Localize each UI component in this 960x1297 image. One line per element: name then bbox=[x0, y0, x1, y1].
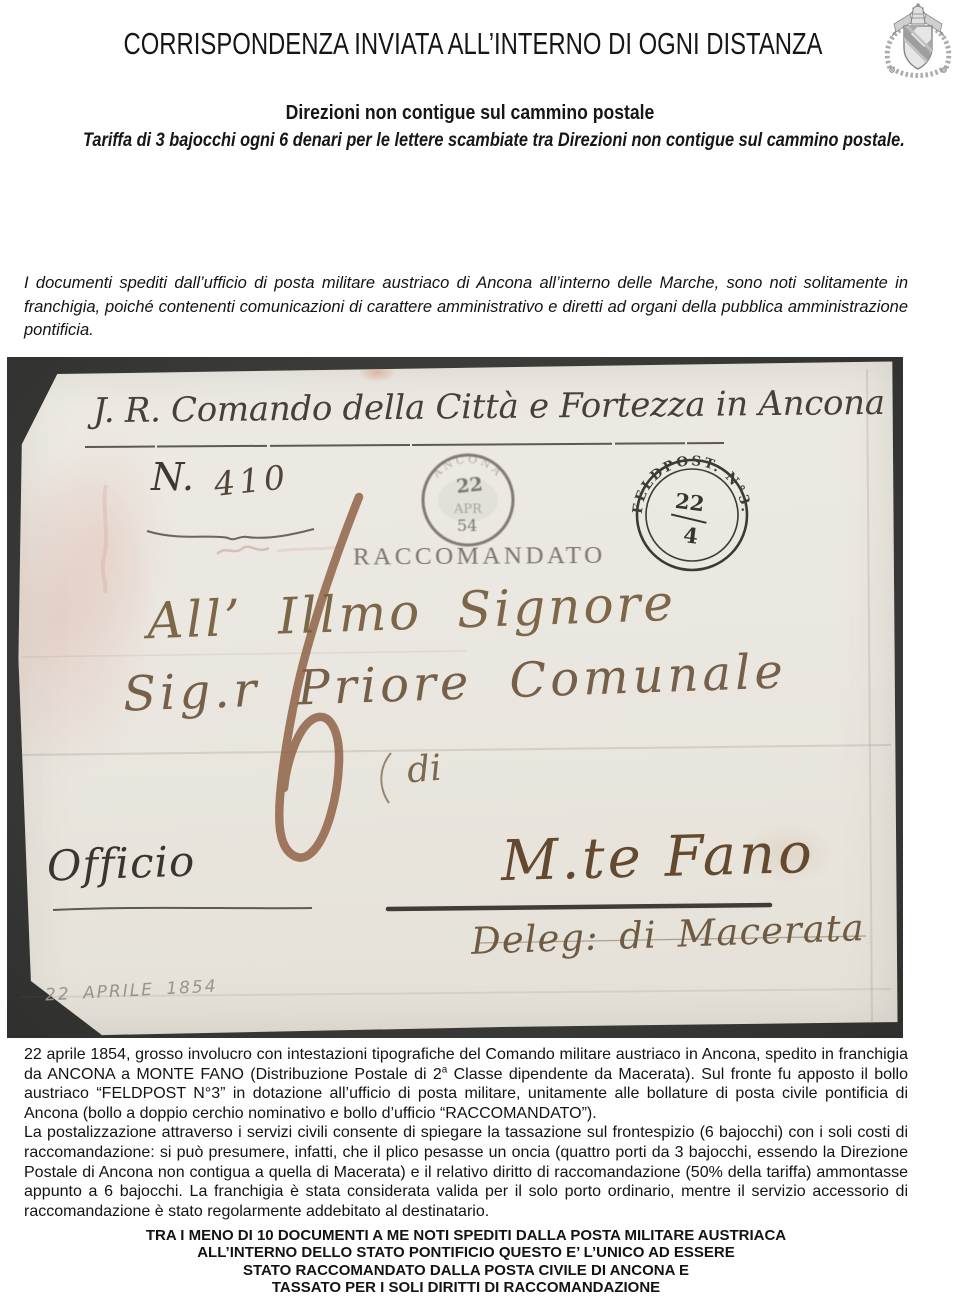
address-line-4: M.te Fano bbox=[500, 821, 815, 894]
document-page: CORRISPONDENZA INVIATA ALL’INTERNO DI OG… bbox=[0, 0, 960, 1297]
caption-paragraph-2: La postalizzazione attraverso i servizi … bbox=[24, 1123, 908, 1221]
raccomandato-stamp: RACCOMANDATO bbox=[353, 543, 606, 571]
letter-number-value: 410 bbox=[212, 457, 291, 504]
letter-photograph: J. R. Comando della Città e Fortezza in … bbox=[7, 357, 903, 1038]
footer-line: TRA I MENO DI 10 DOCUMENTI A ME NOTI SPE… bbox=[24, 1227, 908, 1244]
address-line-3: di bbox=[405, 748, 443, 792]
page-title: CORRISPONDENZA INVIATA ALL’INTERNO DI OG… bbox=[124, 26, 817, 62]
office-note: Officio bbox=[46, 836, 196, 890]
section-subtitle: Direzioni non contigue sul cammino posta… bbox=[74, 102, 866, 125]
papal-coat-of-arms-icon bbox=[880, 2, 956, 80]
letter-number-label: N. bbox=[151, 455, 194, 499]
footer-statement: TRA I MENO DI 10 DOCUMENTI A ME NOTI SPE… bbox=[24, 1227, 908, 1297]
footer-line: ALL’INTERNO DELLO STATO PONTIFICIO QUEST… bbox=[24, 1244, 908, 1261]
letterhead-script: J. R. Comando della Città e Fortezza in … bbox=[93, 383, 885, 431]
tariff-note: Tariffa di 3 bajocchi ogni 6 denari per … bbox=[83, 130, 857, 152]
caption-block: 22 aprile 1854, grosso involucro con int… bbox=[24, 1045, 908, 1221]
caption-paragraph-1: 22 aprile 1854, grosso involucro con int… bbox=[24, 1045, 908, 1123]
footer-line: TASSATO PER I SOLI DIRITTI DI RACCOMANDA… bbox=[24, 1279, 908, 1296]
footer-line: STATO RACCOMANDATO DALLA POSTA CIVILE DI… bbox=[24, 1262, 908, 1279]
intro-paragraph: I documenti spediti dall’ufficio di post… bbox=[24, 272, 908, 343]
